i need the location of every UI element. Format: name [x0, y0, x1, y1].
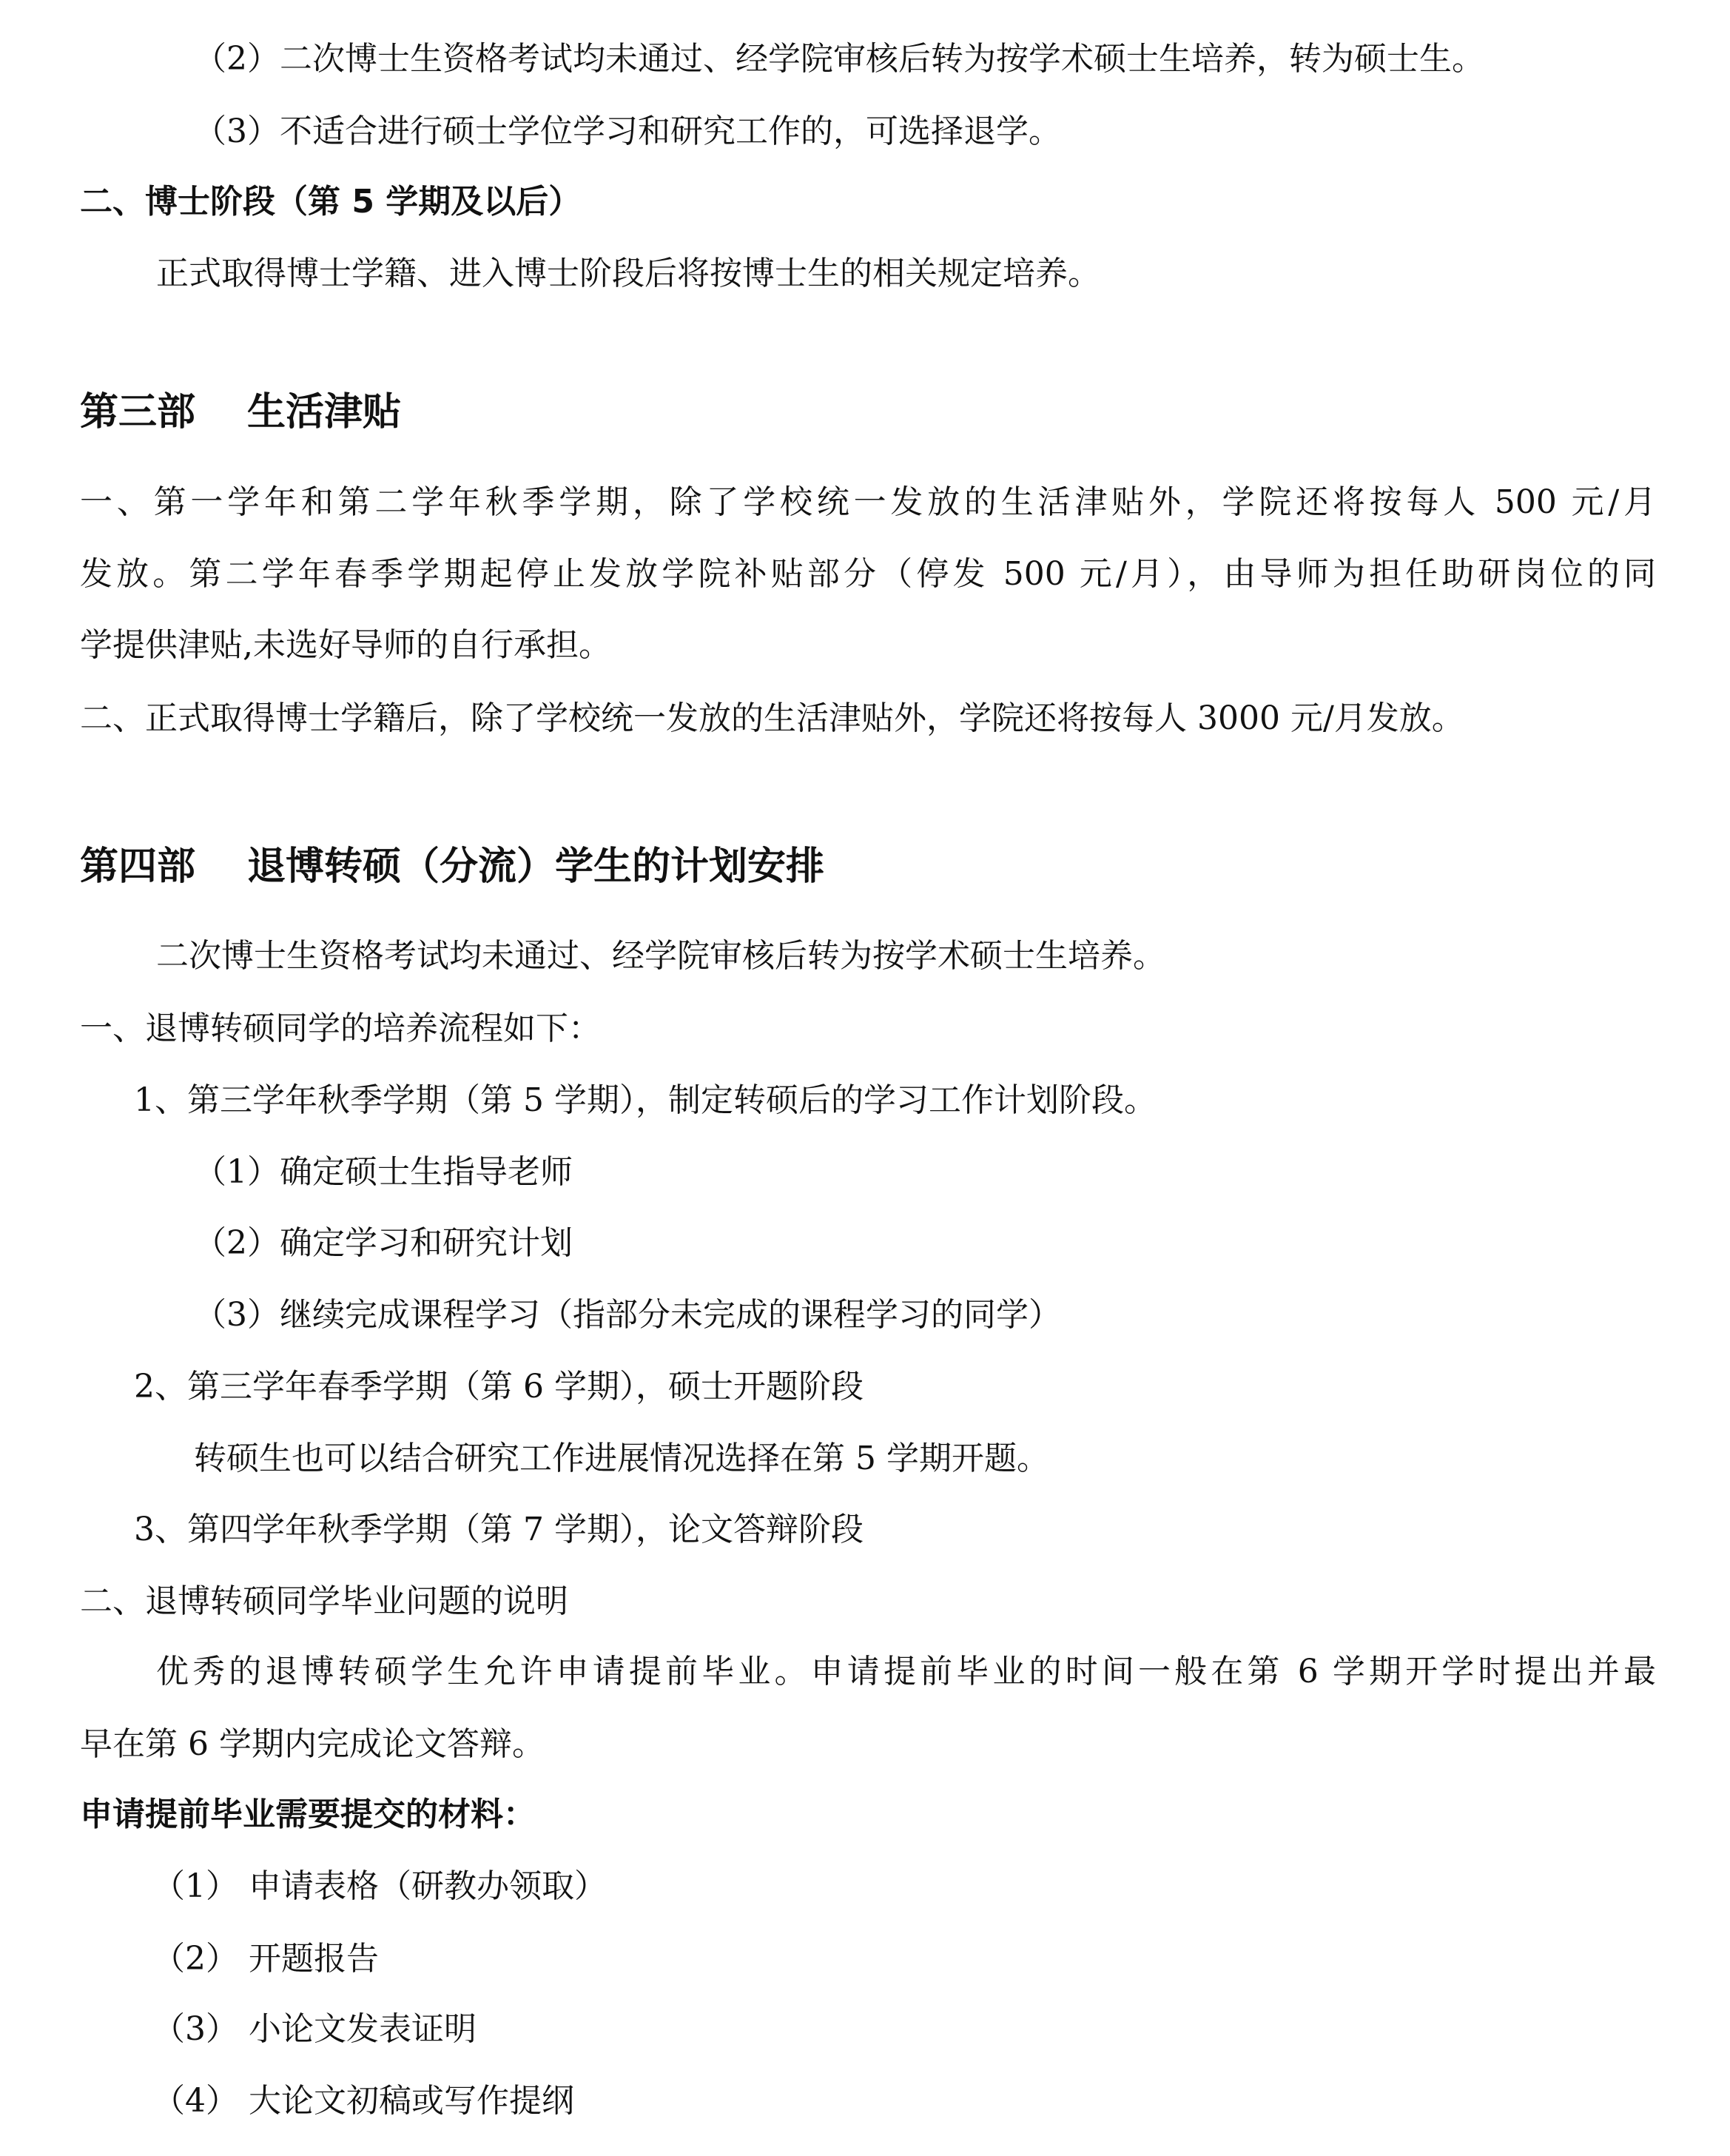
materials-heading: 申请提前毕业需要提交的材料： — [80, 1793, 536, 1837]
part-heading: 第四部退博转硕（分流）学生的计划安排 — [80, 841, 824, 893]
material-text: 开题报告 — [249, 1940, 379, 1978]
list-item: （2）二次博士生资格考试均未通过、经学院审核后转为按学术硕士生培养，转为硕士生。 — [194, 37, 1484, 81]
section-heading: 二、退博转硕同学毕业问题的说明 — [80, 1579, 568, 1624]
paragraph: 二、正式取得博士学籍后，除了学校统一发放的生活津贴外，学院还将按每人 3000 … — [80, 696, 1464, 741]
material-number: （4） — [152, 2079, 249, 2123]
material-item: （4）大论文初稿或写作提纲 — [152, 2079, 574, 2123]
step-item: 2、第三学年春季学期（第 6 学期），硕士开题阶段 — [134, 1365, 864, 1409]
sub-item: （3）继续完成课程学习（指部分未完成的课程学习的同学） — [194, 1293, 1061, 1337]
sub-item: （2）确定学习和研究计划 — [194, 1221, 573, 1266]
material-item: （2）开题报告 — [152, 1937, 379, 1981]
part-title: 生活津贴 — [247, 390, 401, 434]
material-text: 申请表格（研教办领取） — [249, 1867, 607, 1905]
section-heading: 一、退博转硕同学的培养流程如下： — [80, 1007, 601, 1051]
paragraph-line: 发放。第二学年春季学期起停止发放学院补贴部分（停发 500 元/月），由导师为担… — [80, 552, 1656, 597]
part-number: 第四部 — [80, 844, 195, 889]
paragraph-line: 一、第一学年和第二学年秋季学期，除了学校统一发放的生活津贴外，学院还将按每人 5… — [80, 480, 1656, 525]
step-note: 转硕生也可以结合研究工作进展情况选择在第 5 学期开题。 — [194, 1437, 1049, 1481]
part-number: 第三部 — [80, 390, 195, 434]
material-number: （2） — [152, 1937, 249, 1981]
section-heading: 二、博士阶段（第 5 学期及以后） — [80, 180, 581, 224]
paragraph-line: 优秀的退博转硕学生允许申请提前毕业。申请提前毕业的时间一般在第 6 学期开学时提… — [156, 1650, 1656, 1694]
material-text: 大论文初稿或写作提纲 — [249, 2082, 574, 2120]
list-item: （3）不适合进行硕士学位学习和研究工作的，可选择退学。 — [194, 110, 1061, 154]
sub-item: （1）确定硕士生指导老师 — [194, 1150, 573, 1195]
part-heading: 第三部生活津贴 — [80, 386, 401, 438]
material-item: （3）小论文发表证明 — [152, 2007, 477, 2052]
paragraph: 二次博士生资格考试均未通过、经学院审核后转为按学术硕士生培养。 — [156, 934, 1165, 978]
material-text: 小论文发表证明 — [249, 2010, 477, 2048]
paragraph-line: 学提供津贴,未选好导师的自行承担。 — [80, 623, 611, 668]
material-number: （1） — [152, 1864, 249, 1909]
paragraph: 正式取得博士学籍、进入博士阶段后将按博士生的相关规定培养。 — [156, 252, 1100, 296]
step-item: 3、第四学年秋季学期（第 7 学期），论文答辩阶段 — [134, 1508, 864, 1552]
material-item: （1）申请表格（研教办领取） — [152, 1864, 607, 1909]
material-number: （3） — [152, 2007, 249, 2052]
paragraph-line: 早在第 6 学期内完成论文答辩。 — [80, 1722, 545, 1767]
step-item: 1、第三学年秋季学期（第 5 学期），制定转硕后的学习工作计划阶段。 — [134, 1078, 1157, 1123]
part-title: 退博转硕（分流）学生的计划安排 — [247, 844, 824, 889]
